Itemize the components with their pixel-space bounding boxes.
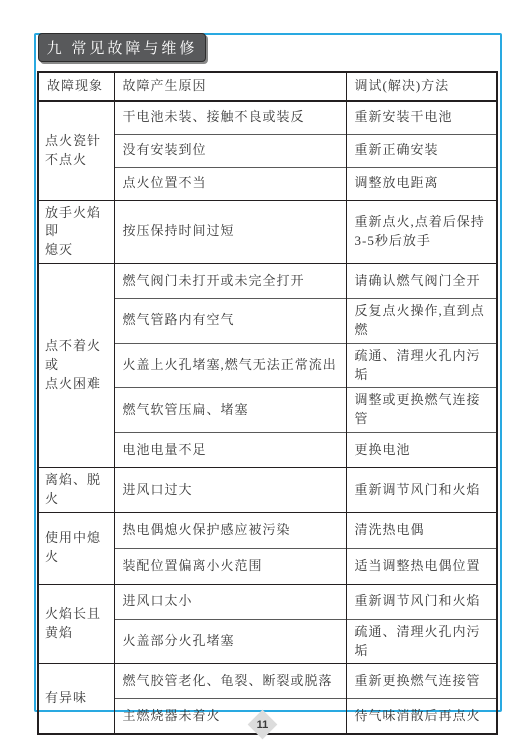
solution-cell: 请确认燃气阀门全开	[346, 264, 497, 299]
table-row: 使用中熄火热电偶熄火保护感应被污染清洗热电偶	[38, 512, 497, 548]
cause-cell: 进风口太小	[114, 584, 346, 619]
cause-cell: 燃气管路内有空气	[114, 299, 346, 344]
solution-cell: 调整放电距离	[346, 167, 497, 200]
page-number-badge: 11	[248, 710, 278, 740]
solution-cell: 反复点火操作,直到点燃	[346, 299, 497, 344]
symptom-cell: 有异味	[38, 664, 114, 734]
symptom-cell: 点不着火或 点火困难	[38, 264, 114, 468]
solution-cell: 适当调整热电偶位置	[346, 548, 497, 584]
manual-page: 九 常见故障与维修 故障现象 故障产生原因 调试(解决)方法 点火瓷针 不点火干…	[0, 0, 523, 741]
cause-cell: 电池电量不足	[114, 433, 346, 468]
table-row: 放手火焰即 熄灭按压保持时间过短重新点火,点着后保持3-5秒后放手	[38, 200, 497, 264]
cause-cell: 装配位置偏离小火范围	[114, 548, 346, 584]
cause-cell: 燃气阀门未打开或未完全打开	[114, 264, 346, 299]
table-row: 点火瓷针 不点火干电池未装、接触不良或装反重新安装干电池	[38, 101, 497, 134]
section-title: 九 常见故障与维修	[47, 37, 198, 58]
solution-cell: 更换电池	[346, 433, 497, 468]
solution-cell: 重新正确安装	[346, 134, 497, 167]
cause-cell: 干电池未装、接触不良或装反	[114, 101, 346, 134]
symptom-cell: 离焰、脱火	[38, 468, 114, 513]
table-row: 点不着火或 点火困难燃气阀门未打开或未完全打开请确认燃气阀门全开	[38, 264, 497, 299]
solution-cell: 清洗热电偶	[346, 512, 497, 548]
table-row: 离焰、脱火进风口过大重新调节风门和火焰	[38, 468, 497, 513]
cause-cell: 火盖部分火孔堵塞	[114, 619, 346, 664]
cause-cell: 燃气软管压扁、堵塞	[114, 388, 346, 433]
symptom-cell: 点火瓷针 不点火	[38, 101, 114, 200]
symptom-cell: 使用中熄火	[38, 512, 114, 584]
cause-cell: 点火位置不当	[114, 167, 346, 200]
solution-cell: 重新更换燃气连接管	[346, 664, 497, 699]
solution-cell: 待气味消散后再点火	[346, 699, 497, 734]
cause-cell: 没有安装到位	[114, 134, 346, 167]
solution-cell: 重新调节风门和火焰	[346, 584, 497, 619]
solution-cell: 调整或更换燃气连接管	[346, 388, 497, 433]
cause-cell: 按压保持时间过短	[114, 200, 346, 264]
cause-cell: 燃气胶管老化、龟裂、断裂或脱落	[114, 664, 346, 699]
solution-cell: 疏通、清理火孔内污垢	[346, 619, 497, 664]
section-title-box: 九 常见故障与维修	[38, 33, 206, 62]
page-number: 11	[252, 714, 273, 735]
table-row: 火焰长且 黄焰进风口太小重新调节风门和火焰	[38, 584, 497, 619]
cause-cell: 热电偶熄火保护感应被污染	[114, 512, 346, 548]
table-header-row: 故障现象 故障产生原因 调试(解决)方法	[38, 72, 497, 101]
solution-cell: 重新调节风门和火焰	[346, 468, 497, 513]
fault-table: 故障现象 故障产生原因 调试(解决)方法 点火瓷针 不点火干电池未装、接触不良或…	[37, 71, 498, 735]
table-row: 有异味燃气胶管老化、龟裂、断裂或脱落重新更换燃气连接管	[38, 664, 497, 699]
cause-cell: 进风口过大	[114, 468, 346, 513]
col-header-cause: 故障产生原因	[114, 72, 346, 101]
solution-cell: 疏通、清理火孔内污垢	[346, 343, 497, 388]
symptom-cell: 火焰长且 黄焰	[38, 584, 114, 664]
col-header-solution: 调试(解决)方法	[346, 72, 497, 101]
symptom-cell: 放手火焰即 熄灭	[38, 200, 114, 264]
solution-cell: 重新点火,点着后保持3-5秒后放手	[346, 200, 497, 264]
col-header-symptom: 故障现象	[38, 72, 114, 101]
solution-cell: 重新安装干电池	[346, 101, 497, 134]
cause-cell: 主燃烧器未着火	[114, 699, 346, 734]
cause-cell: 火盖上火孔堵塞,燃气无法正常流出	[114, 343, 346, 388]
